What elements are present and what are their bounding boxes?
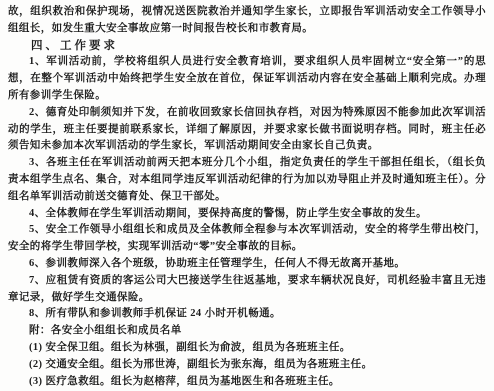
- document-page: 故，组织救治和保护现场，视情况送医院救治并通知学生家长，立即报告军训活动安全工作…: [0, 0, 494, 391]
- section-heading: 四、工作要求: [8, 38, 486, 55]
- group-item-3: (3) 医疗急救组。组长为赵榕萍，组员为基地医生和各班班主任。: [8, 374, 486, 391]
- requirement-item-8: 8、所有带队和参训教师手机保证 24 小时开机畅通。: [8, 306, 486, 323]
- requirement-item-5: 5、安全工作领导小组组长和成员及全体教师全程参与本次军训活动，安全的将学生带出校…: [8, 222, 486, 256]
- attachment-heading: 附：各安全小组组长和成员名单: [8, 323, 486, 340]
- requirement-item-4: 4、全体教师在学生军训活动期间，要保持高度的警惕，防止学生安全事故的发生。: [8, 206, 486, 223]
- carryover-paragraph: 故，组织救治和保护现场，视情况送医院救治并通知学生家长，立即报告军训活动安全工作…: [8, 4, 486, 38]
- requirement-item-3: 3、各班主任在军训活动前两天把本班分几个小组，指定负责任的学生干部担任组长，（组…: [8, 155, 486, 205]
- group-item-2: (2) 交通安全组。组长为邢世涛，副组长为张东海，组员为各班班主任。: [8, 357, 486, 374]
- requirement-item-2: 2、德育处印制须知并下发，在前收回致家长信回执存档，对因为特殊原因不能参加此次军…: [8, 105, 486, 155]
- group-item-1: (1) 安全保卫组。组长为林强，副组长为俞波，组员为各班班主任。: [8, 340, 486, 357]
- requirement-item-6: 6、参训教师深入各个班级，协助班主任管理学生，任何人不得无故离开基地。: [8, 256, 486, 273]
- requirement-item-7: 7、应租赁有资质的客运公司大巴接送学生往返基地，要求车辆状况良好，司机经验丰富且…: [8, 273, 486, 307]
- requirement-item-1: 1、军训活动前，学校将组织人员进行安全教育培训，要求组织人员牢固树立“安全第一”…: [8, 54, 486, 104]
